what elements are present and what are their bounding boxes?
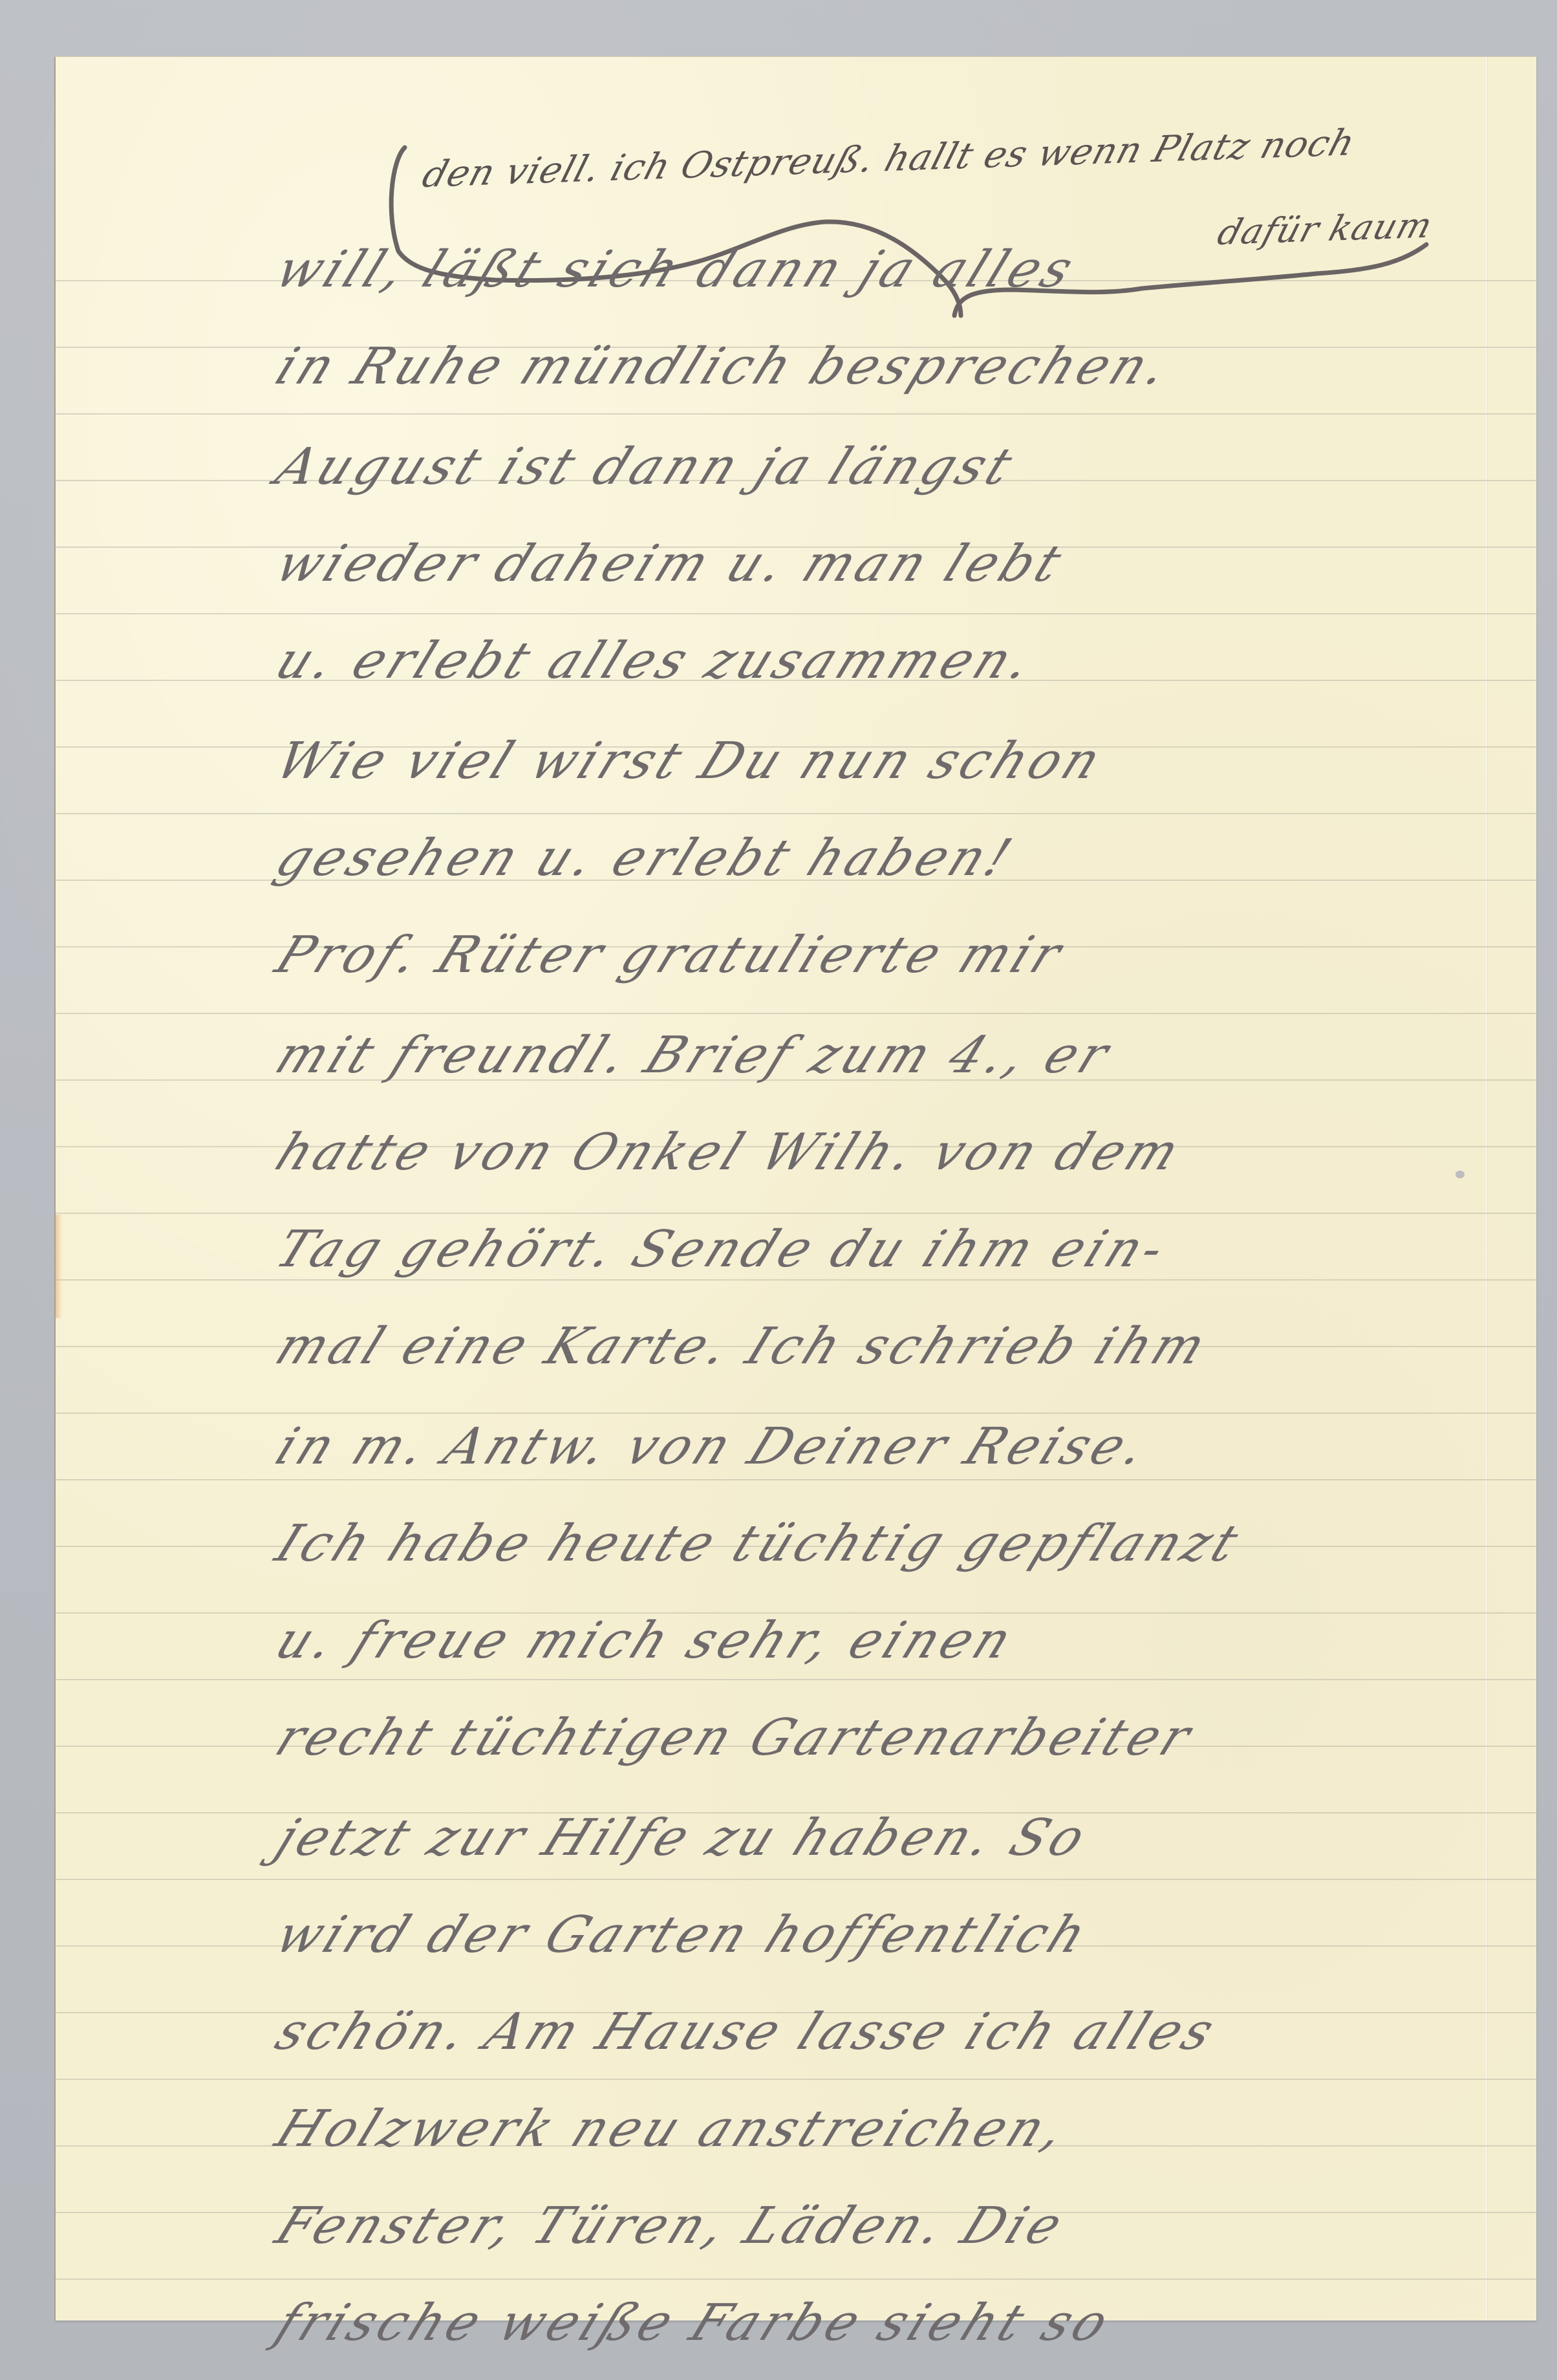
text-line: u. freue mich sehr, einen xyxy=(269,1616,1022,1666)
ruled-line xyxy=(56,1479,1536,1480)
ruled-line xyxy=(56,1013,1536,1014)
text-line: mal eine Karte. Ich schrieb ihm xyxy=(269,1321,1216,1372)
insertion-bracket-icon xyxy=(56,57,1536,354)
text-line: mit freundl. Brief zum 4., er xyxy=(269,1030,1119,1081)
letter-page: den viell. ich Ostpreuß. hallt es wenn P… xyxy=(56,57,1536,2320)
ruled-line xyxy=(56,1879,1536,1880)
marginal-annotation-line-1: den viell. ich Ostpreuß. hallt es wenn P… xyxy=(418,122,1360,196)
ruled-line xyxy=(56,2278,1536,2280)
edge-stain xyxy=(56,1215,62,1318)
text-line: Ich habe heute tüchtig gepflanzt xyxy=(269,1519,1249,1569)
ruled-line xyxy=(56,613,1536,614)
text-line: Holzwerk neu anstreichen, xyxy=(269,2104,1076,2154)
text-line: Prof. Rüter gratulierte mir xyxy=(269,930,1072,980)
text-line: in m. Antw. von Deiner Reise. xyxy=(269,1422,1157,1472)
text-line: Tag gehört. Sende du ihm ein- xyxy=(269,1224,1176,1275)
text-line: in Ruhe mündlich besprechen. xyxy=(269,341,1179,392)
ruled-line xyxy=(56,2079,1536,2080)
text-line: recht tüchtigen Gartenarbeiter xyxy=(269,1713,1201,1763)
ruled-line xyxy=(56,1213,1536,1214)
ruled-line xyxy=(56,1679,1536,1680)
text-line: will, läßt sich dann ja alles xyxy=(269,244,1084,295)
ink-spot xyxy=(1455,1171,1465,1178)
text-line: hatte von Onkel Wilh. von dem xyxy=(269,1127,1190,1178)
text-line: Fenster, Türen, Läden. Die xyxy=(269,2201,1073,2251)
text-line: gesehen u. erlebt haben! xyxy=(269,833,1022,883)
text-line: wieder daheim u. man lebt xyxy=(269,539,1072,589)
marginal-annotation-line-2: dafür kaum xyxy=(1213,205,1437,253)
text-line: u. erlebt alles zusammen. xyxy=(269,636,1042,686)
text-line: Wie viel wirst Du nun schon xyxy=(269,736,1111,786)
ruled-line xyxy=(56,1412,1536,1414)
text-line: wird der Garten hoffentlich xyxy=(269,1910,1097,1960)
fold-crease xyxy=(1486,57,1488,2320)
text-line: schön. Am Hause lasse ich alles xyxy=(269,2007,1225,2057)
text-line: August ist dann ja längst xyxy=(269,442,1023,492)
ruled-line xyxy=(56,413,1536,415)
text-line: jetzt zur Hilfe zu haben. So xyxy=(269,1813,1096,1863)
ruled-line xyxy=(56,813,1536,814)
ruled-line xyxy=(56,1279,1536,1281)
text-line: frische weiße Farbe sieht so xyxy=(269,2298,1119,2348)
